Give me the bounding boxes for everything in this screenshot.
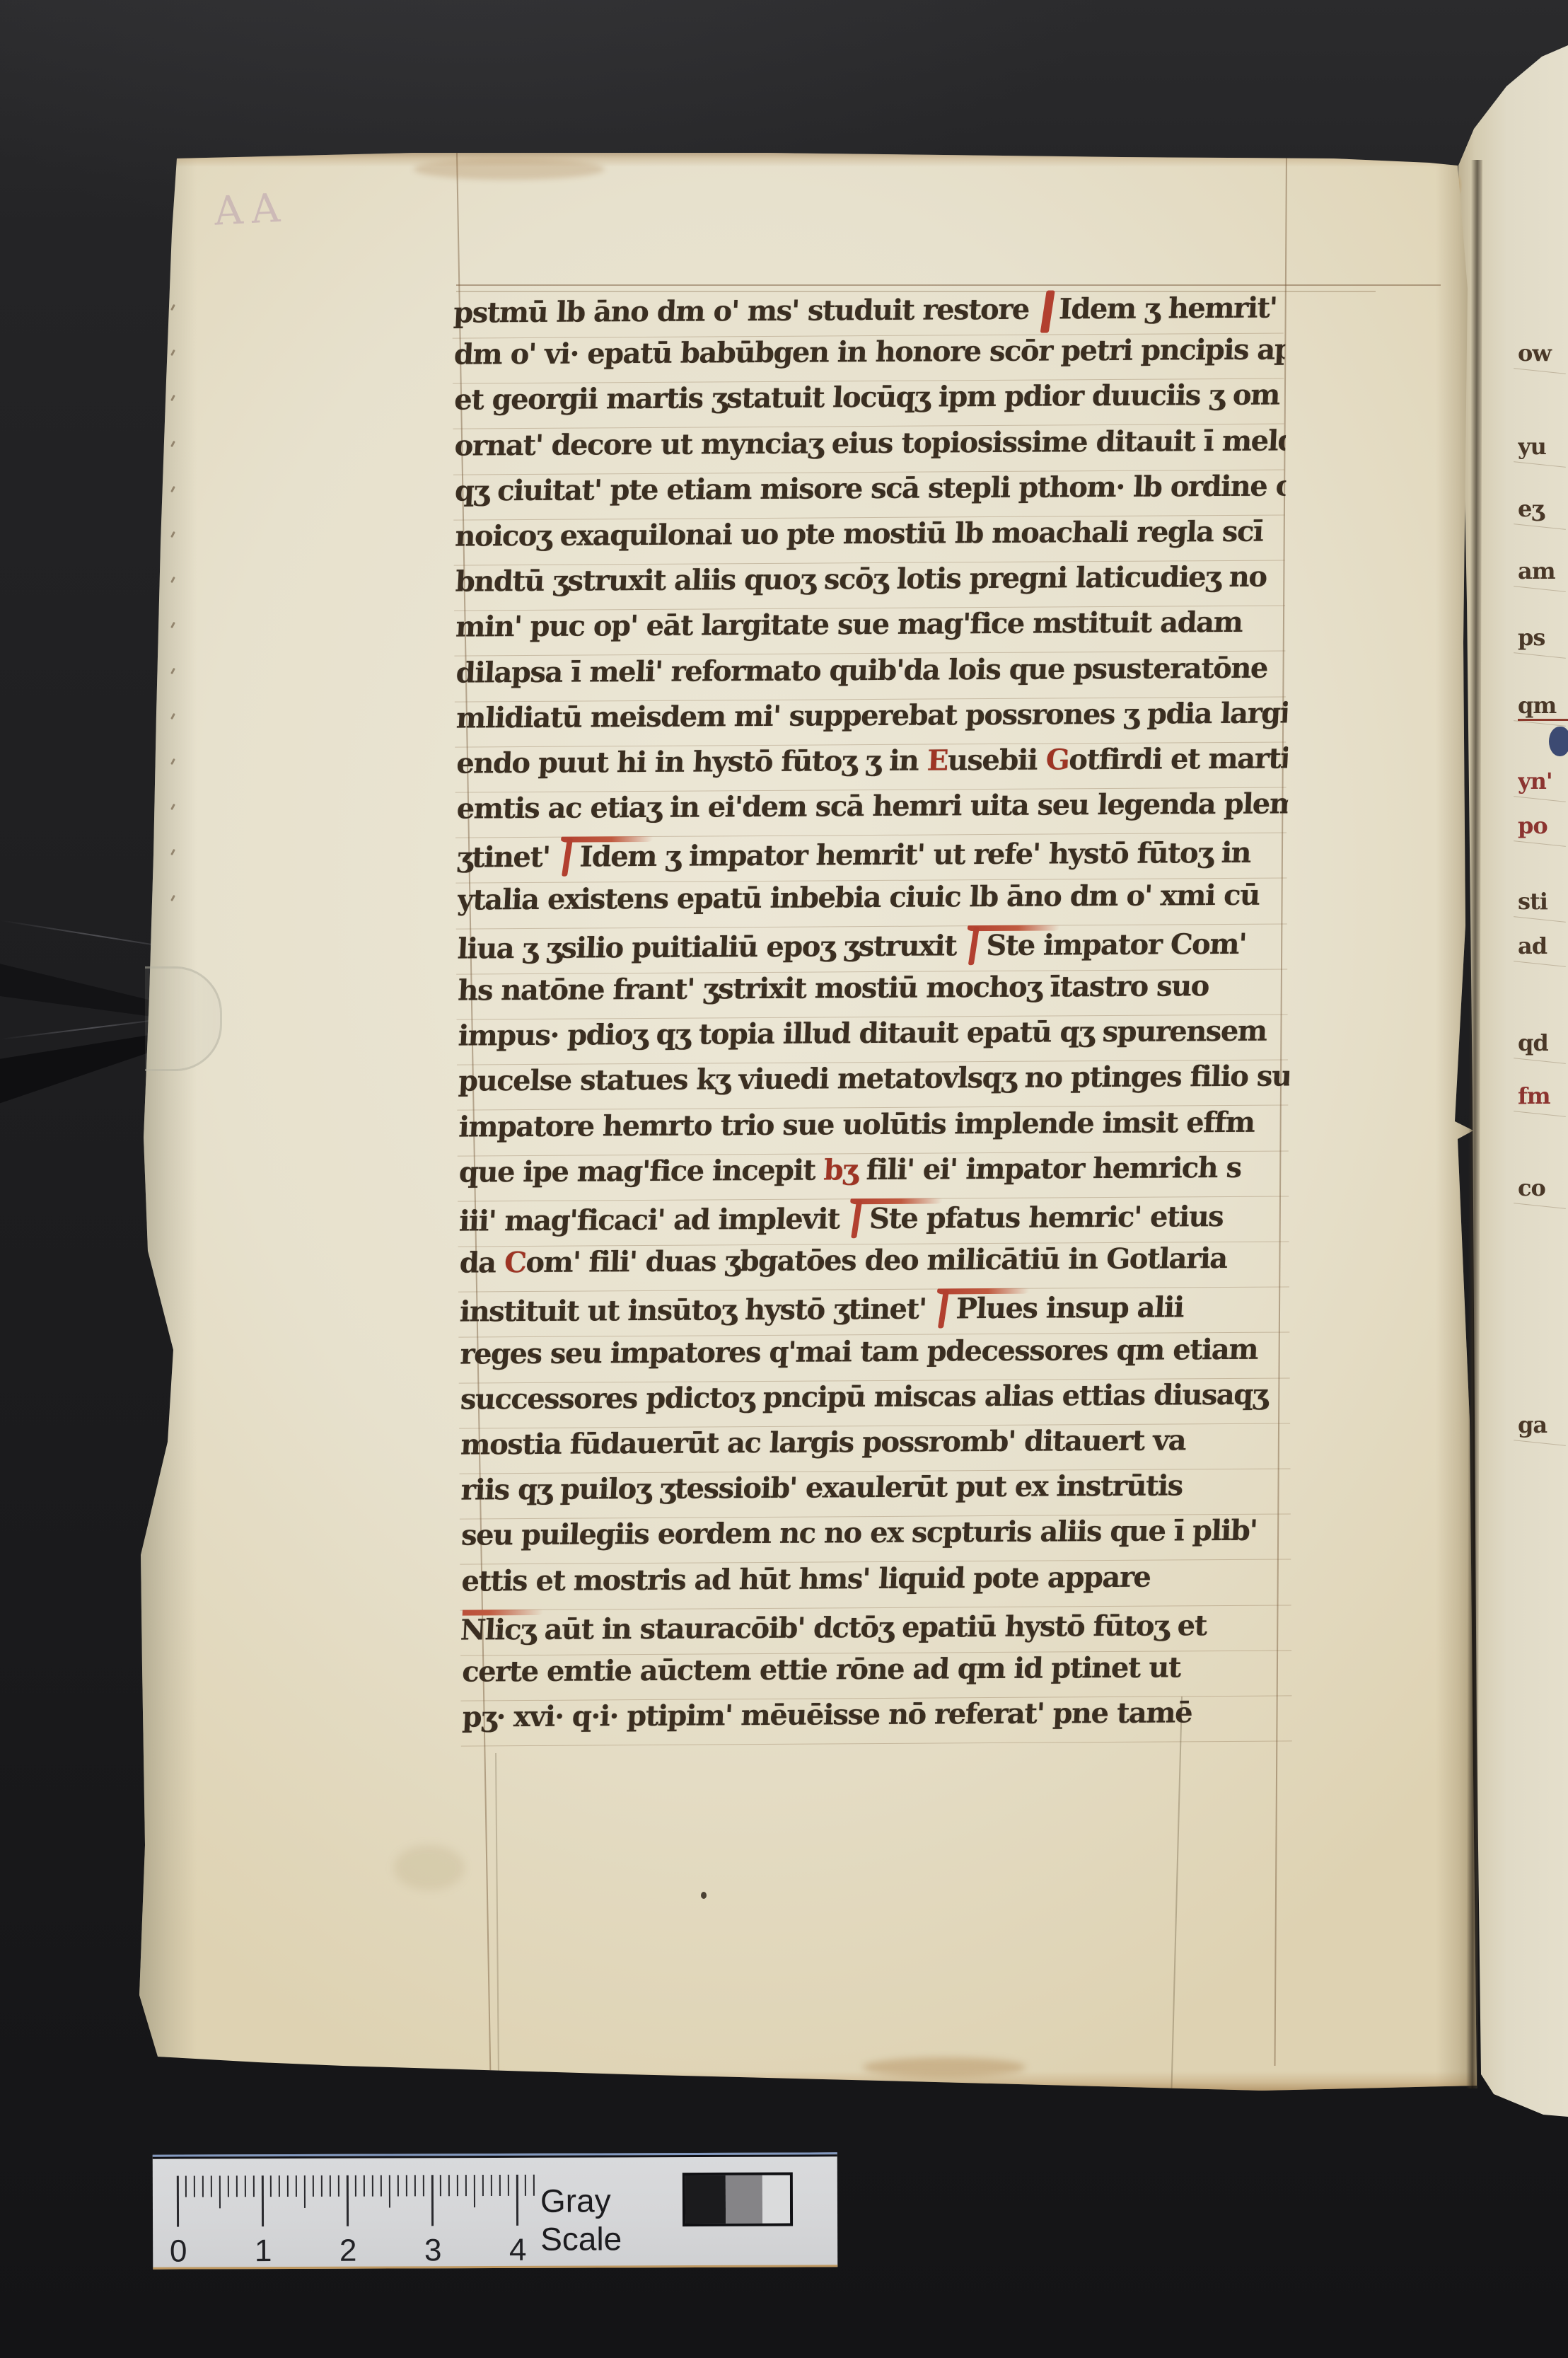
ruler-tick: [389, 2175, 390, 2208]
text-line: bndtū ʒstruxit aliis quoʒ scōʒ lotis pre…: [454, 560, 1287, 611]
ruler-tick: [330, 2175, 331, 2197]
pricking-mark: [170, 713, 175, 719]
ruler-tick: [338, 2175, 339, 2197]
ink-text: otfirdi et martini: [1068, 741, 1288, 776]
ruler-tick: [414, 2175, 416, 2196]
text-line: da Com' fili' duas ʒbgatōes deo milicāti…: [458, 1241, 1291, 1292]
pricking-mark: [170, 349, 175, 356]
facing-text-fragment: qm: [1518, 692, 1568, 721]
text-line: instituit ut insūtoʒ hystō ʒtinet' Plues…: [458, 1286, 1291, 1337]
ruler-tick: [516, 2175, 518, 2226]
ruler-tick: [270, 2175, 272, 2197]
facing-text-fragment: yn': [1518, 768, 1568, 794]
text-line: noicoʒ exaquilonai uo pte mostiū lb moac…: [454, 514, 1287, 565]
faded-inscription: AA: [213, 185, 289, 234]
facing-ruling-line: [1514, 916, 1566, 923]
ink-text: liua ʒ ʒsilio puitialiū epoʒ ʒstruxit: [457, 929, 966, 965]
ink-text: que ipe mag'fice incepit: [458, 1153, 825, 1189]
text-line: que ipe mag'fice incepit bʒ fili' ei' im…: [458, 1150, 1291, 1201]
ink-text: ettis et mostris ad hūt hms' liquid pote…: [460, 1561, 1151, 1598]
pricking-mark: [170, 531, 175, 538]
ink-text: Idem ʒ impator hemrit' ut refe' hystō fū…: [579, 836, 1252, 874]
ruler-tick: [525, 2175, 526, 2196]
text-line: mlidiatū meisdem mi' supperebat possrone…: [455, 696, 1288, 747]
ink-text: emtis ac etiaʒ in ei'dem scā hemri uita …: [456, 787, 1289, 825]
facing-ruling-line: [1514, 461, 1566, 468]
ruler-tick: [431, 2175, 434, 2226]
ink-text: min' puc op' eāt largitate sue mag'fice …: [455, 606, 1243, 644]
gray-patch: [685, 2175, 726, 2224]
stain: [394, 1845, 465, 1890]
ruler-tick: [321, 2175, 323, 2197]
facing-ruling-line: [1514, 1058, 1566, 1064]
ruler-tick: [253, 2175, 255, 2197]
ink-text: hs natōne frant' ʒstrixit mostiū mochoʒ …: [457, 969, 1209, 1007]
ruler-tick: [457, 2175, 458, 2196]
facing-ruling-line: [1514, 1440, 1566, 1446]
ink-text: Ste pfatus hemric' etius: [869, 1200, 1224, 1235]
ink-text: iii' mag'ficaci' ad implevit: [458, 1202, 849, 1237]
facing-text-fragment: ps: [1518, 624, 1568, 651]
text-line: Nlicʒ aūt in stauracōib' dctōʒ epatiū hy…: [460, 1605, 1294, 1655]
gray-patch: [726, 2175, 762, 2224]
blue-initial-fragment: [1549, 727, 1568, 756]
facing-ruling-line: [1514, 652, 1566, 659]
ruler-tick: [372, 2175, 373, 2197]
top-ruling-line: [456, 284, 1441, 286]
paraph-mark-icon: [964, 925, 987, 962]
ruler-tick: [287, 2175, 289, 2197]
ink-text: Ste impator Com': [985, 927, 1247, 962]
ink-text: noicoʒ exaquilonai uo pte mostiū lb moac…: [454, 515, 1263, 553]
pricking-mark: [170, 804, 175, 810]
ink-text: pucelse statues kʒ viuedi metatovlsqʒ no…: [458, 1059, 1290, 1097]
gray-patch: [762, 2175, 790, 2224]
ink-text: Plues insup alii: [956, 1290, 1185, 1325]
ink-text: certe emtie aūctem ettie rōne ad qm id p…: [461, 1651, 1181, 1688]
facing-text-fragment: sti: [1518, 888, 1568, 915]
facing-text-fragment: fm: [1518, 1082, 1568, 1109]
rubricated-letter: bʒ: [823, 1153, 859, 1186]
ink-text: reges seu impatores q'mai tam pdecessore…: [460, 1333, 1259, 1371]
pricking-mark: [170, 577, 175, 583]
paraph-mark-icon: [558, 837, 581, 874]
ink-text: bndtū ʒstruxit aliis quoʒ scōʒ lotis pre…: [455, 560, 1267, 599]
facing-text-fragment: am: [1518, 557, 1568, 584]
ruler-tick: [465, 2175, 467, 2196]
text-line: certe emtie aūctem ettie rōne ad qm id p…: [460, 1650, 1294, 1701]
ruler-tick: [448, 2175, 450, 2196]
pricking-mark: [170, 758, 175, 765]
facing-ruling-line: [1514, 1203, 1566, 1209]
ruler-tick: [236, 2175, 238, 2197]
ink-text: impus· pdioʒ qʒ topia illud ditauit epat…: [458, 1015, 1267, 1053]
ink-text: fili' ei' impator hemrich s: [856, 1151, 1241, 1186]
ruler-tick: [202, 2175, 204, 2197]
facing-text-fragment: ga: [1518, 1411, 1568, 1438]
facing-ruling-line: [1514, 961, 1566, 967]
ruler-tick: [313, 2175, 314, 2197]
ruler-tick: [499, 2175, 501, 2196]
ink-text: ytalia existens epatū inbebia ciuic lb ā…: [457, 879, 1260, 917]
text-line: pucelse statues kʒ viuedi metatovlsqʒ no…: [457, 1059, 1290, 1110]
facing-text-fragment: po: [1518, 812, 1568, 839]
pricking-mark: [170, 668, 175, 674]
torn-left-edge: [131, 147, 216, 2094]
ruler-tick: [228, 2175, 229, 2197]
pricking-mark: [170, 622, 175, 628]
ink-text: riis qʒ puiloʒ ʒtessioib' exaulerūt put …: [460, 1469, 1183, 1506]
ink-text: dm o' vi· epatū babūbgen in honore scōr …: [453, 333, 1286, 371]
ink-text: endo puut hi in hystō fūtoʒ ʒ in: [455, 744, 928, 780]
text-line: dm o' vi· epatū babūbgen in honore scōr …: [453, 333, 1286, 383]
text-line: mostia fūdauerūt ac largis possromb' dit…: [459, 1423, 1292, 1474]
ink-text: pstmū lb āno dm o' ms' studuit restore: [453, 293, 1038, 330]
pricking-mark: [170, 395, 175, 401]
text-line: ytalia existens epatū inbebia ciuic lb ā…: [456, 878, 1289, 929]
ruler-tick: [533, 2175, 535, 2196]
facing-ruling-line: [1514, 840, 1566, 847]
paraph-mark-icon: [934, 1288, 957, 1325]
ruler-tick: [194, 2175, 195, 2197]
ruler-tick: [279, 2175, 280, 2197]
text-block: pstmū lb āno dm o' ms' studuit restore I…: [453, 287, 1301, 1919]
ruler-tick: [245, 2175, 246, 2197]
ruler-tick: [508, 2175, 509, 2196]
text-line: hs natōne frant' ʒstrixit mostiū mochoʒ …: [457, 969, 1290, 1019]
text-line: impatore hemrto trio sue uolūtis implend…: [458, 1105, 1291, 1156]
text-line: emtis ac etiaʒ in ei'dem scā hemri uita …: [455, 787, 1289, 838]
ink-text: dilapsa ī meli' reformato quib'da lois q…: [455, 652, 1268, 690]
ink-text: mlidiatū meisdem mi' supperebat possrone…: [455, 696, 1288, 734]
facing-ruling-line: [1514, 586, 1566, 592]
ruler-number: 2: [334, 2233, 362, 2269]
facing-text-fragment: yu: [1518, 433, 1568, 460]
facing-text-fragment: eʒ: [1518, 495, 1568, 522]
ruler-tick: [491, 2175, 492, 2196]
text-line: ettis et mostris ad hūt hms' liquid pote…: [460, 1559, 1294, 1610]
ruler-tick: [219, 2175, 221, 2208]
text-line: ornat' decore ut mynciaʒ eius topiosissi…: [453, 424, 1287, 475]
gray-scale-patches: [683, 2173, 793, 2227]
page-top-edge-shading: [131, 147, 1485, 167]
facing-ruling-line: [1514, 720, 1566, 727]
ruler-tick: [185, 2176, 187, 2197]
ruler-number: 0: [164, 2233, 192, 2269]
text-line: qʒ ciuitat' pte etiam misore scā stepli …: [453, 469, 1287, 520]
ink-text: mostia fūdauerūt ac largis possromb' dit…: [460, 1423, 1186, 1461]
text-line: dilapsa ī meli' reformato quib'da lois q…: [455, 651, 1288, 702]
paraph-mark-icon: [847, 1198, 870, 1235]
ruler-tick: [406, 2175, 407, 2196]
ruler-tick: [177, 2176, 179, 2227]
text-line: reges seu impatores q'mai tam pdecessore…: [459, 1332, 1292, 1383]
text-line: et georgii martis ʒstatuit locūqʒ ipm pd…: [453, 378, 1286, 429]
ruler-number: 4: [504, 2233, 532, 2268]
ruler-tick: [262, 2175, 264, 2226]
gray-scale-label: Gray Scale: [540, 2181, 689, 2258]
ink-text: qʒ ciuitat' pte etiam misore scā stepli …: [454, 469, 1287, 507]
text-line: ʒtinet' Idem ʒ impator hemrit' ut refe' …: [455, 832, 1289, 883]
text-line: impus· pdioʒ qʒ topia illud ditauit epat…: [457, 1014, 1290, 1065]
text-line: seu puilegiis eordem nc no ex scpturis a…: [460, 1513, 1293, 1564]
text-line: min' puc op' eāt largitate sue mag'fice …: [454, 605, 1287, 656]
ruler-tick: [211, 2175, 212, 2197]
ruler-tick: [423, 2175, 424, 2196]
facing-ruling-line: [1514, 796, 1566, 802]
ruler-tick: [355, 2175, 356, 2197]
ruler-tick: [304, 2175, 306, 2208]
text-line: pstmū lb āno dm o' ms' studuit restore I…: [453, 287, 1286, 338]
facing-ruling-line: [1514, 524, 1566, 530]
rubricated-letter: G: [1045, 743, 1070, 776]
ruler-tick: [347, 2175, 349, 2226]
stain: [863, 2057, 1026, 2077]
text-line: pʒ· xvi· q·i· ptipim' mēuēisse nō refera…: [461, 1695, 1294, 1746]
ruler-tick: [440, 2175, 441, 2196]
ink-text: ʒtinet': [456, 840, 559, 874]
ruler-tick: [296, 2175, 297, 2197]
ruler-number: 3: [419, 2233, 447, 2268]
facing-text-fragment: ow: [1518, 340, 1568, 366]
facing-text-fragment: qd: [1518, 1029, 1568, 1056]
ink-text: pʒ· xvi· q·i· ptipim' mēuēisse nō refera…: [462, 1696, 1193, 1733]
gray-scale-card: 01234 Gray Scale: [153, 2152, 838, 2269]
text-line: successores pdictoʒ pncipū miscas alias …: [459, 1377, 1292, 1428]
facing-text-fragment: co: [1518, 1174, 1568, 1201]
page-bottom-edge-shading: [131, 2071, 1485, 2094]
manuscript-page: AA pstmū lb āno dm o' ms' studuit restor…: [131, 147, 1485, 2094]
text-line: riis qʒ puiloʒ ʒtessioib' exaulerūt put …: [460, 1468, 1293, 1519]
ink-text: ornat' decore ut mynciaʒ eius topiosissi…: [454, 424, 1287, 462]
facing-text-fragment: ad: [1518, 932, 1568, 959]
text-line: liua ʒ ʒsilio puitialiū epoʒ ʒstruxit St…: [456, 923, 1289, 974]
ruler-tick: [381, 2175, 382, 2197]
paraph-mark-icon: [1037, 289, 1059, 325]
ink-text: seu puilegiis eordem nc no ex scpturis a…: [460, 1514, 1258, 1552]
rubricated-letter: E: [927, 744, 948, 777]
rubricated-letter: C: [504, 1246, 527, 1279]
pricking-mark: [170, 486, 175, 492]
pricking-mark: [170, 441, 175, 447]
text-line: iii' mag'ficaci' ad implevit Ste pfatus …: [458, 1196, 1291, 1247]
pricking-mark: [170, 895, 175, 901]
ruler-number: 1: [249, 2233, 277, 2269]
ruler-tick: [474, 2175, 475, 2207]
photograph-of-manuscript: owyueʒampsqmyn'postiadqdfmcoga AA pstmū …: [0, 0, 1568, 2358]
ink-text: impatore hemrto trio sue uolūtis implend…: [458, 1106, 1255, 1144]
facing-ruling-line: [1514, 1111, 1566, 1117]
ink-text: da: [459, 1246, 505, 1279]
ink-text: et georgii martis ʒstatuit locūqʒ ipm pd…: [453, 378, 1280, 417]
ruler-tick: [397, 2175, 399, 2196]
pricking-mark: [170, 304, 175, 311]
facing-ruling-line: [1514, 368, 1566, 374]
pricking-mark: [170, 849, 175, 855]
text-line: endo puut hi in hystō fūtoʒ ʒ in Eusebii…: [455, 741, 1289, 792]
stain: [414, 158, 605, 180]
ruler-tick: [364, 2175, 365, 2197]
ink-text: om' fili' duas ʒbgatōes deo milicātiū in…: [525, 1242, 1228, 1279]
ink-text: Nlicʒ aūt in stauracōib' dctōʒ epatiū hy…: [460, 1609, 1207, 1646]
ink-text: successores pdictoʒ pncipū miscas alias …: [460, 1378, 1268, 1416]
ink-text: usebii: [947, 744, 1047, 778]
ink-text: instituit ut insūtoʒ hystō ʒtinet': [459, 1293, 936, 1329]
ink-text: Idem ʒ hemrit' lb āno: [1058, 291, 1285, 326]
ruler-tick: [482, 2175, 484, 2196]
